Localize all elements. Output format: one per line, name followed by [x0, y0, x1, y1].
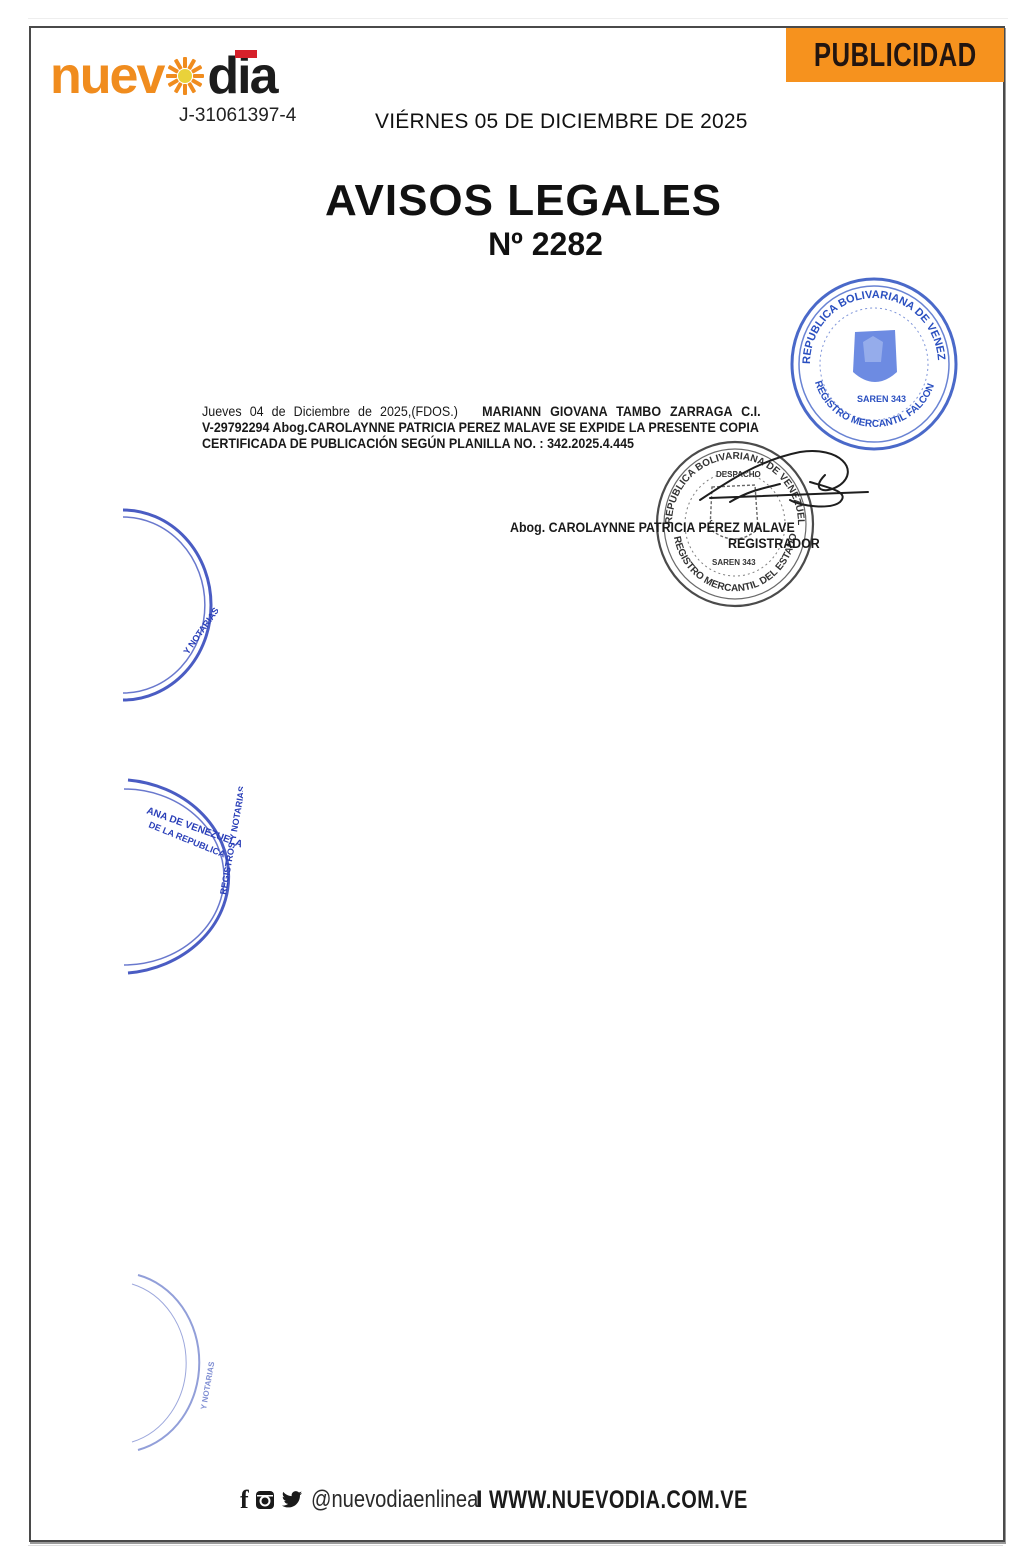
svg-text:SAREN 343: SAREN 343	[857, 394, 906, 404]
website-link[interactable]: WWW.NUEVODIA.COM.VE	[489, 1486, 748, 1515]
registry-stamp-icon: REPUBLICA BOLIVARIANA DE VENEZUELA REGIS…	[785, 272, 963, 462]
svg-text:REGISTRO MERCANTIL FALCON: REGISTRO MERCANTIL FALCON	[812, 379, 937, 430]
partial-stamp-icon: Y NOTARIAS	[118, 505, 218, 705]
issue-number: Nº 2282	[32, 226, 1027, 263]
twitter-icon[interactable]	[281, 1490, 303, 1510]
sun-icon	[165, 56, 205, 96]
logo-text-part1: nuev	[50, 52, 163, 100]
svg-text:Y NOTARIAS: Y NOTARIAS	[199, 1360, 216, 1410]
social-handle[interactable]: @nuevodiaenlinea	[311, 1486, 478, 1514]
signer-title: REGISTRADOR	[728, 536, 820, 551]
newspaper-logo: nuev dia	[50, 48, 277, 100]
logo-accent	[235, 50, 257, 58]
signature-icon	[690, 440, 870, 520]
notice-line-2: V-29792294 Abog.CAROLAYNNE PATRICIA PERE…	[202, 420, 791, 436]
signer-name: Abog. CAROLAYNNE PATRICIA PÉREZ MALAVE	[510, 520, 795, 535]
partial-stamp-icon: ANA DE VENEZUELA DE LA REPUBLICA REGISTR…	[118, 775, 243, 980]
page-title: AVISOS LEGALES	[10, 176, 1027, 226]
section-banner: PUBLICIDAD	[786, 28, 1004, 82]
section-label: PUBLICIDAD	[814, 36, 977, 74]
page-edge	[28, 1545, 1003, 1546]
issue-date: VIÉRNES 05 DE DICIEMBRE DE 2025	[375, 110, 748, 134]
notice-line-1: Jueves 04 de Diciembre de 2025,(FDOS.) M…	[202, 404, 791, 420]
partial-stamp-icon: Y NOTARIAS	[118, 1270, 218, 1455]
page-edge	[28, 18, 1008, 19]
instagram-icon[interactable]	[255, 1490, 275, 1510]
logo-text-part2: dia	[207, 52, 276, 100]
facebook-icon[interactable]: f	[240, 1485, 249, 1515]
footer: f @nuevodiaenlinea I WWW.NUEVODIA.COM.VE	[240, 1485, 812, 1515]
rif-number: J-31061397-4	[179, 105, 296, 127]
svg-text:SAREN 343: SAREN 343	[712, 558, 756, 567]
